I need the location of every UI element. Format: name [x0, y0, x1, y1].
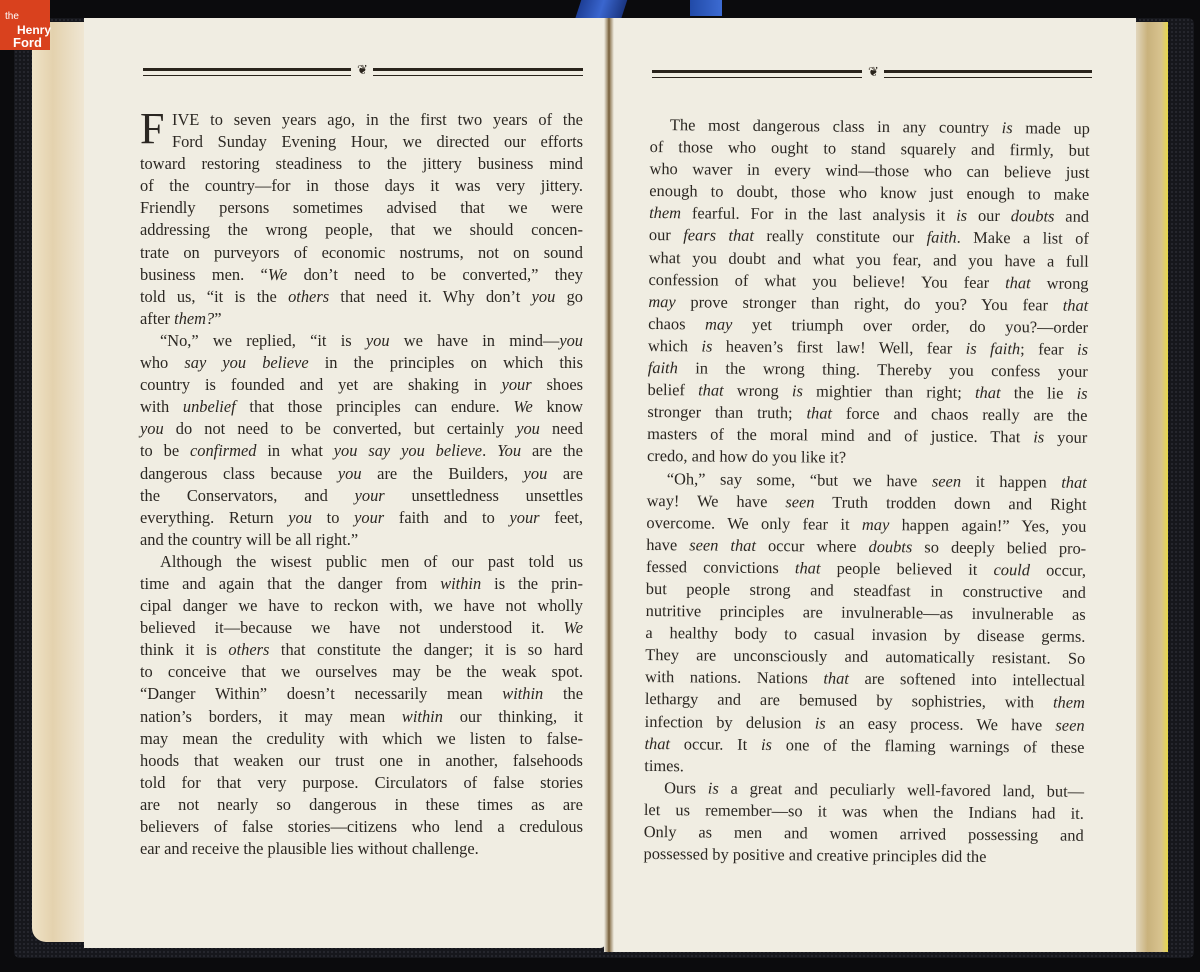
text-line: may mean the credulity with which we lis…: [140, 728, 583, 750]
fleuron-icon: ❦: [868, 64, 879, 80]
text-line: addressing the wrong people, that we sho…: [140, 219, 583, 241]
text-line: after them?”: [140, 308, 583, 330]
text-line: Although the wisest public men of our pa…: [140, 551, 583, 573]
paragraph: Although the wisest public men of our pa…: [140, 551, 583, 860]
text-line: ear and receive the plausible lies witho…: [140, 838, 583, 860]
paragraph: IVE to seven years ago, in the first two…: [140, 109, 583, 330]
rule-bar-right: [373, 68, 583, 76]
text-line: who say you believe in the principles on…: [140, 352, 583, 374]
text-line: our fears that really constitute our fai…: [649, 224, 1089, 250]
text-line: Ford Sunday Evening Hour, we directed ou…: [140, 131, 583, 153]
paragraph: Ours is a great and peculiarly well-favo…: [643, 777, 1084, 869]
logo-ford: Ford: [13, 36, 42, 49]
text-line: Friendly persons sometimes advised that …: [140, 197, 583, 219]
text-line: told for that very purpose. Circulators …: [140, 772, 583, 794]
rule-bar-left: [652, 70, 862, 78]
text-line: lethargy and are bemused by sophistries,…: [645, 688, 1085, 714]
text-line: are not nearly so dangerous in these tim…: [140, 794, 583, 816]
rule-bar-left: [143, 68, 351, 76]
text-line: business men. “We don’t need to be conve…: [140, 264, 583, 286]
text-line: you do not need to be converted, but cer…: [140, 418, 583, 440]
logo-the: the: [5, 12, 19, 22]
text-line: hoods that weaken our trust one in anoth…: [140, 750, 583, 772]
text-line: that occur. It is one of the flaming war…: [644, 733, 1084, 759]
book-gutter: [604, 18, 614, 952]
text-line: told us, “it is the others that need it.…: [140, 286, 583, 308]
text-line: to conceive that we ourselves may be the…: [140, 661, 583, 683]
paragraph: “No,” we replied, “it is you we have in …: [140, 330, 583, 551]
text-line: toward restoring steadiness to the jitte…: [140, 153, 583, 175]
fleuron-icon: ❦: [357, 62, 368, 78]
text-line: to be confirmed in what you say you beli…: [140, 440, 583, 462]
left-header-ornament-rule: ❦: [143, 68, 583, 78]
left-page-body-text: IVE to seven years ago, in the first two…: [140, 109, 583, 860]
text-line: believers of false stories—citizens who …: [140, 816, 583, 838]
text-line: country is founded and yet are shaking i…: [140, 374, 583, 396]
right-page-body-text: The most dangerous class in any country …: [643, 114, 1090, 869]
text-line: nation’s borders, it may mean within our…: [140, 706, 583, 728]
text-line: trate on purveyors of economic nostrums,…: [140, 242, 583, 264]
text-line: think it is others that constitute the d…: [140, 639, 583, 661]
bookmark-ribbon-secondary: [690, 0, 722, 16]
text-line: credo, and how do you like it?: [647, 445, 1087, 471]
text-line: “Danger Within” doesn’t necessarily mean…: [140, 683, 583, 705]
text-line: with unbelief that those principles can …: [140, 396, 583, 418]
drop-cap: F: [140, 111, 164, 147]
right-page-stack-gilt-edge: [1134, 22, 1168, 952]
right-header-ornament-rule: ❦: [652, 70, 1092, 80]
bookmark-ribbon: [575, 0, 627, 20]
text-line: of the country—for in those days it was …: [140, 175, 583, 197]
text-line: the Conservators, and your unsettledness…: [140, 485, 583, 507]
left-page-stack-edge: [32, 22, 84, 942]
rule-bar-right: [884, 70, 1092, 78]
text-line: IVE to seven years ago, in the first two…: [140, 109, 583, 131]
text-line: “No,” we replied, “it is you we have in …: [140, 330, 583, 352]
paragraph: The most dangerous class in any country …: [647, 114, 1090, 471]
text-line: cipal danger we have to reckon with, we …: [140, 595, 583, 617]
henry-ford-watermark-logo: the Henry Ford: [0, 0, 50, 50]
text-line: dangerous class because you are the Buil…: [140, 463, 583, 485]
text-line: everything. Return you to your faith and…: [140, 507, 583, 529]
text-line: and the country will be all right.”: [140, 529, 583, 551]
text-line: “Oh,” say some, “but we have seen it hap…: [647, 467, 1087, 493]
paragraph: “Oh,” say some, “but we have seen it hap…: [644, 467, 1087, 780]
text-line: believed it—because we have not understo…: [140, 617, 583, 639]
text-line: time and again that the danger from with…: [140, 573, 583, 595]
text-line: possessed by positive and creative princ…: [643, 843, 1083, 869]
